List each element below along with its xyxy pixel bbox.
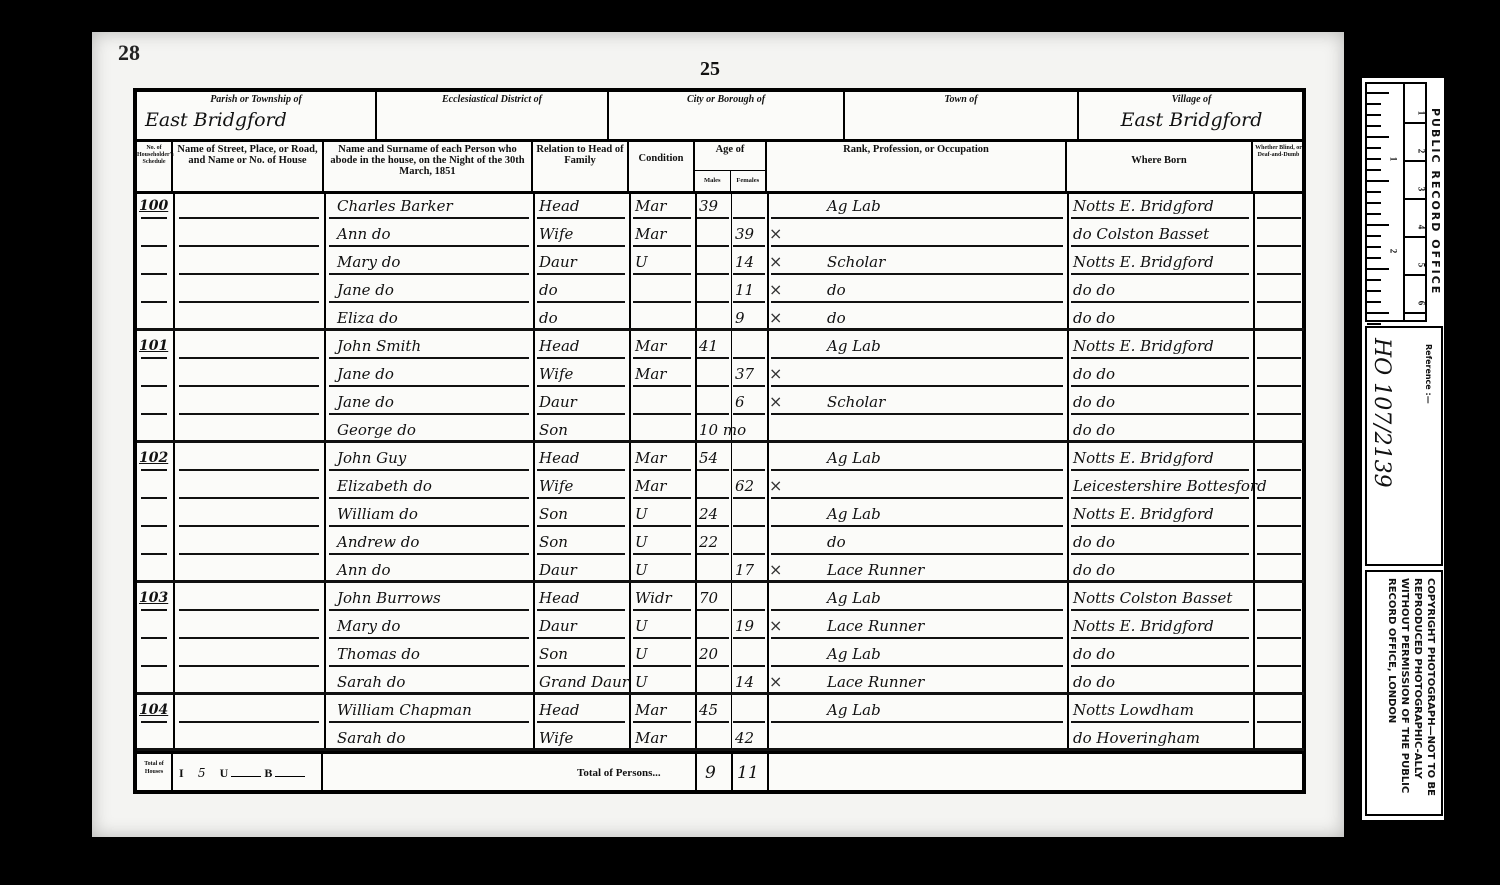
- cell-name: Sarah do: [337, 723, 405, 751]
- cell-condition: Mar: [635, 331, 666, 359]
- town-cell: Town of: [845, 92, 1079, 139]
- totals-row: Total of Houses I 5 U B Total of Persons…: [137, 751, 1302, 793]
- cell-relation: do: [539, 275, 558, 303]
- header-age-males: Males: [695, 171, 731, 191]
- cell-occupation: Lace Runner: [827, 555, 924, 583]
- cell-occupation: Ag Lab: [827, 331, 881, 359]
- cell-occupation: Ag Lab: [827, 695, 881, 723]
- cell-condition: Mar: [635, 723, 666, 751]
- cell-name: Andrew do: [337, 527, 419, 555]
- table-row: Mary doDaurU19×Lace RunnerNotts E. Bridg…: [137, 611, 1302, 639]
- cell-male-age: 41: [699, 331, 718, 359]
- ruler-tick: [1367, 224, 1389, 226]
- corner-page-number: 28: [118, 40, 140, 66]
- cell-mark: ×: [769, 275, 782, 303]
- borough-cell: City or Borough of: [609, 92, 845, 139]
- ruler-tick: [1367, 191, 1381, 193]
- column-divider: [695, 754, 697, 793]
- cm-label: 6: [1416, 301, 1426, 306]
- cm-segment: 3: [1405, 160, 1425, 200]
- cm-segment: 4: [1405, 198, 1425, 238]
- cell-occupation: do: [827, 303, 846, 331]
- ruler-tick: [1367, 279, 1381, 281]
- cell-name: Elizabeth do: [337, 471, 432, 499]
- cell-born: do do: [1073, 639, 1115, 667]
- cell-relation: Daur: [539, 611, 577, 639]
- cell-relation: Head: [539, 443, 580, 471]
- cell-female-age: 11: [735, 275, 754, 303]
- cell-female-age: 42: [735, 723, 754, 751]
- cell-name: John Smith: [337, 331, 421, 359]
- cell-female-age: 39: [735, 219, 754, 247]
- cell-occupation: Scholar: [827, 387, 885, 415]
- cell-name: Sarah do: [337, 667, 405, 695]
- table-row: 102John GuyHeadMar54Ag LabNotts E. Bridg…: [137, 443, 1302, 471]
- cell-condition: Mar: [635, 695, 666, 723]
- cell-name: Charles Barker: [337, 191, 453, 219]
- ruler-tick: [1367, 290, 1381, 292]
- cell-relation: Son: [539, 499, 568, 527]
- ruler-tick: [1367, 92, 1389, 94]
- table-row: Andrew doSonU22dodo do: [137, 527, 1302, 555]
- cell-relation: Son: [539, 527, 568, 555]
- inhabited-count: 5: [187, 754, 217, 794]
- ruler-tick: [1367, 114, 1381, 116]
- ruler-tick: [1367, 103, 1381, 105]
- column-divider: [731, 754, 733, 793]
- cell-female-age: 37: [735, 359, 754, 387]
- cell-male-age: 39: [699, 191, 718, 219]
- cm-scale: 123456: [1405, 82, 1427, 322]
- ruler-tick: [1367, 301, 1381, 303]
- cell-male-age: 10 mo: [699, 415, 746, 443]
- header-blind-deaf: Whether Blind, or Deaf-and-Dumb: [1253, 139, 1304, 191]
- cell-condition: Widr: [635, 583, 672, 611]
- cell-mark: ×: [769, 471, 782, 499]
- cell-name: Ann do: [337, 219, 391, 247]
- cm-label: 5: [1416, 263, 1426, 268]
- cell-born: do Hoveringham: [1073, 723, 1200, 751]
- cell-born: Notts E. Bridgford: [1073, 191, 1214, 219]
- copyright-notice: COPYRIGHT PHOTOGRAPH—NOT TO BE REPRODUCE…: [1365, 570, 1443, 816]
- cell-name: Mary do: [337, 247, 400, 275]
- ruler-tick: [1367, 312, 1389, 314]
- cell-relation: Wife: [539, 723, 573, 751]
- cell-relation: Daur: [539, 387, 577, 415]
- cell-female-age: 14: [735, 247, 754, 275]
- cell-male-age: 22: [699, 527, 718, 555]
- ruler-tick: [1367, 246, 1381, 248]
- cell-occupation: Ag Lab: [827, 639, 881, 667]
- ruler-tick: [1367, 125, 1381, 127]
- table-row: Jane doWifeMar37×do do: [137, 359, 1302, 387]
- ruler-inch-label: 1: [1388, 157, 1398, 162]
- total-houses-values: I 5 U B: [173, 754, 323, 793]
- census-form: Parish or Township of East Bridgford Ecc…: [133, 88, 1306, 794]
- ruler-tick: [1367, 136, 1389, 138]
- cell-name: William do: [337, 499, 418, 527]
- header-age-label: Age of: [716, 144, 745, 155]
- cell-occupation: Ag Lab: [827, 191, 881, 219]
- table-row: Jane dodo11×dodo do: [137, 275, 1302, 303]
- ruler-tick: [1367, 268, 1389, 270]
- header-condition: Condition: [629, 139, 695, 191]
- parish-label: Parish or Township of: [137, 94, 375, 105]
- cell-born: Notts E. Bridgford: [1073, 499, 1214, 527]
- uninhabited-count: [231, 776, 261, 777]
- cell-born: do do: [1073, 415, 1115, 443]
- cell-condition: Mar: [635, 443, 666, 471]
- cell-mark: ×: [769, 555, 782, 583]
- table-row: Thomas doSonU20Ag Labdo do: [137, 639, 1302, 667]
- cell-schedule: 100: [139, 191, 168, 219]
- cell-occupation: do: [827, 527, 846, 555]
- cell-name: Ann do: [337, 555, 391, 583]
- header-relation: Relation to Head of Family: [533, 139, 629, 191]
- building-count: [275, 776, 305, 777]
- table-row: Jane doDaur6×Scholardo do: [137, 387, 1302, 415]
- cell-name: Mary do: [337, 611, 400, 639]
- cell-male-age: 45: [699, 695, 718, 723]
- cell-name: Thomas do: [337, 639, 420, 667]
- cell-born: do do: [1073, 303, 1115, 331]
- cell-name: Jane do: [337, 359, 394, 387]
- village-value: East Bridgford: [1087, 109, 1296, 131]
- cell-relation: Head: [539, 583, 580, 611]
- ecclesiastical-label: Ecclesiastical District of: [377, 94, 607, 105]
- table-row: William doSonU24Ag LabNotts E. Bridgford: [137, 499, 1302, 527]
- cm-segment: 1: [1405, 84, 1425, 124]
- cm-label: 3: [1416, 187, 1426, 192]
- ruler-tick: [1367, 147, 1381, 149]
- cell-condition: U: [635, 555, 648, 583]
- total-persons-label: Total of Persons...: [577, 754, 661, 793]
- inhabited-prefix: I: [179, 766, 184, 780]
- cell-female-age: 17: [735, 555, 754, 583]
- cell-female-age: 62: [735, 471, 754, 499]
- cell-relation: Head: [539, 191, 580, 219]
- cell-relation: do: [539, 303, 558, 331]
- cm-label: 2: [1416, 149, 1426, 154]
- building-prefix: B: [264, 766, 272, 780]
- total-females: 11: [737, 754, 759, 793]
- cm-segment: 6: [1405, 274, 1425, 314]
- cell-born: Notts E. Bridgford: [1073, 443, 1214, 471]
- cell-relation: Wife: [539, 471, 573, 499]
- cell-female-age: 6: [735, 387, 745, 415]
- cell-born: Notts E. Bridgford: [1073, 331, 1214, 359]
- cell-condition: Mar: [635, 359, 666, 387]
- ruler-tick: [1367, 235, 1381, 237]
- cell-name: John Burrows: [337, 583, 441, 611]
- table-row: 104William ChapmanHeadMar45Ag LabNotts L…: [137, 695, 1302, 723]
- cell-mark: ×: [769, 359, 782, 387]
- cell-female-age: 14: [735, 667, 754, 695]
- total-houses-label: Total of Houses: [137, 754, 173, 793]
- cell-condition: U: [635, 247, 648, 275]
- cm-label: 1: [1416, 111, 1426, 116]
- cell-born: do do: [1073, 387, 1115, 415]
- uninhabited-prefix: U: [220, 766, 229, 780]
- village-label: Village of: [1079, 94, 1304, 105]
- cell-female-age: 19: [735, 611, 754, 639]
- cell-occupation: Lace Runner: [827, 611, 924, 639]
- cell-name: Eliza do: [337, 303, 398, 331]
- cell-relation: Son: [539, 415, 568, 443]
- cell-born: do do: [1073, 359, 1115, 387]
- column-divider: [767, 754, 769, 793]
- header-where-born: Where Born: [1067, 139, 1253, 191]
- cell-occupation: Lace Runner: [827, 667, 924, 695]
- census-rows: 100Charles BarkerHeadMar39Ag LabNotts E.…: [137, 191, 1302, 751]
- cell-female-age: 9: [735, 303, 745, 331]
- ruler-tick: [1367, 257, 1381, 259]
- cell-male-age: 24: [699, 499, 718, 527]
- cell-schedule: 101: [139, 331, 168, 359]
- table-row: 100Charles BarkerHeadMar39Ag LabNotts E.…: [137, 191, 1302, 219]
- cell-mark: ×: [769, 219, 782, 247]
- village-cell: Village of East Bridgford: [1079, 92, 1304, 139]
- borough-label: City or Borough of: [609, 94, 843, 105]
- cell-male-age: 70: [699, 583, 718, 611]
- table-row: Sarah doGrand DaurU14×Lace Runnerdo do: [137, 667, 1302, 695]
- table-row: Ann doWifeMar39×do Colston Basset: [137, 219, 1302, 247]
- cell-relation: Head: [539, 331, 580, 359]
- reference-strip: 12 123456 PUBLIC RECORD OFFICE Reference…: [1360, 76, 1446, 822]
- cell-occupation: Ag Lab: [827, 443, 881, 471]
- table-row: 101John SmithHeadMar41Ag LabNotts E. Bri…: [137, 331, 1302, 359]
- cell-relation: Grand Daur: [539, 667, 629, 695]
- cell-mark: ×: [769, 667, 782, 695]
- cell-name: John Guy: [337, 443, 406, 471]
- header-street: Name of Street, Place, or Road, and Name…: [173, 139, 324, 191]
- parish-cell: Parish or Township of East Bridgford: [137, 92, 377, 139]
- ecclesiastical-cell: Ecclesiastical District of: [377, 92, 609, 139]
- town-label: Town of: [845, 94, 1077, 105]
- cell-occupation: Ag Lab: [827, 583, 881, 611]
- cell-born: do Colston Basset: [1073, 219, 1209, 247]
- cell-condition: U: [635, 667, 648, 695]
- header-occupation: Rank, Profession, or Occupation: [767, 139, 1067, 191]
- cell-male-age: 54: [699, 443, 718, 471]
- cell-born: Notts E. Bridgford: [1073, 611, 1214, 639]
- parish-value: East Bridgford: [145, 109, 367, 131]
- cell-condition: Mar: [635, 471, 666, 499]
- cell-condition: U: [635, 499, 648, 527]
- cm-segment: 2: [1405, 122, 1425, 162]
- table-row: Mary doDaurU14×ScholarNotts E. Bridgford: [137, 247, 1302, 275]
- cell-born: do do: [1073, 527, 1115, 555]
- table-row: George doSon10 modo do: [137, 415, 1302, 443]
- table-row: Sarah doWifeMar42do Hoveringham: [137, 723, 1302, 751]
- ruler-tick: [1367, 158, 1381, 160]
- cell-name: Jane do: [337, 275, 394, 303]
- cell-name: Jane do: [337, 387, 394, 415]
- cell-condition: Mar: [635, 191, 666, 219]
- folio-number: 25: [700, 58, 720, 81]
- header-age: Age of Males Females: [695, 139, 767, 191]
- cell-born: do do: [1073, 555, 1115, 583]
- table-row: 103John BurrowsHeadWidr70Ag LabNotts Col…: [137, 583, 1302, 611]
- cm-label: 4: [1416, 225, 1426, 230]
- place-header: Parish or Township of East Bridgford Ecc…: [137, 92, 1302, 142]
- column-headers: No. of Householder's Schedule Name of St…: [137, 139, 1302, 194]
- reference-box: Reference :— HO 107/2139: [1365, 326, 1443, 566]
- cell-relation: Daur: [539, 247, 577, 275]
- table-row: Eliza dodo9×dodo do: [137, 303, 1302, 331]
- ruler-tick: [1367, 202, 1381, 204]
- public-record-office-title: PUBLIC RECORD OFFICE: [1427, 82, 1444, 322]
- header-schedule: No. of Householder's Schedule: [137, 139, 173, 191]
- cell-born: Notts Lowdham: [1073, 695, 1194, 723]
- cell-schedule: 103: [139, 583, 168, 611]
- cell-schedule: 104: [139, 695, 168, 723]
- cell-condition: U: [635, 527, 648, 555]
- cell-condition: U: [635, 639, 648, 667]
- cell-born: Leicestershire Bottesford: [1073, 471, 1267, 499]
- cell-relation: Wife: [539, 219, 573, 247]
- cell-born: do do: [1073, 275, 1115, 303]
- total-males: 9: [705, 754, 716, 793]
- cell-condition: Mar: [635, 219, 666, 247]
- cell-relation: Daur: [539, 555, 577, 583]
- cell-occupation: Ag Lab: [827, 499, 881, 527]
- cell-mark: ×: [769, 611, 782, 639]
- header-name: Name and Surname of each Person who abod…: [324, 139, 533, 191]
- cell-occupation: do: [827, 275, 846, 303]
- ruler-tick: [1367, 169, 1381, 171]
- cm-segment: 5: [1405, 236, 1425, 276]
- cell-relation: Son: [539, 639, 568, 667]
- ruler-tick: [1367, 323, 1381, 325]
- age-subheaders: Males Females: [695, 170, 765, 191]
- cell-born: Notts E. Bridgford: [1073, 247, 1214, 275]
- cell-mark: ×: [769, 303, 782, 331]
- ruler-inch-label: 2: [1388, 249, 1398, 254]
- header-age-females: Females: [731, 171, 766, 191]
- table-row: Ann doDaurU17×Lace Runnerdo do: [137, 555, 1302, 583]
- cell-name: George do: [337, 415, 416, 443]
- cell-male-age: 20: [699, 639, 718, 667]
- table-row: Elizabeth doWifeMar62×Leicestershire Bot…: [137, 471, 1302, 499]
- cell-born: do do: [1073, 667, 1115, 695]
- cell-relation: Wife: [539, 359, 573, 387]
- reference-value: HO 107/2139: [1369, 338, 1394, 488]
- ruler-tick: [1367, 180, 1389, 182]
- cell-mark: ×: [769, 247, 782, 275]
- cell-schedule: 102: [139, 443, 168, 471]
- inch-ruler: 12: [1365, 82, 1405, 322]
- reference-label: Reference :—: [1424, 344, 1433, 404]
- cell-occupation: Scholar: [827, 247, 885, 275]
- cell-condition: U: [635, 611, 648, 639]
- cell-born: Notts Colston Basset: [1073, 583, 1232, 611]
- ruler-tick: [1367, 213, 1381, 215]
- cell-mark: ×: [769, 387, 782, 415]
- cell-relation: Head: [539, 695, 580, 723]
- cell-name: William Chapman: [337, 695, 472, 723]
